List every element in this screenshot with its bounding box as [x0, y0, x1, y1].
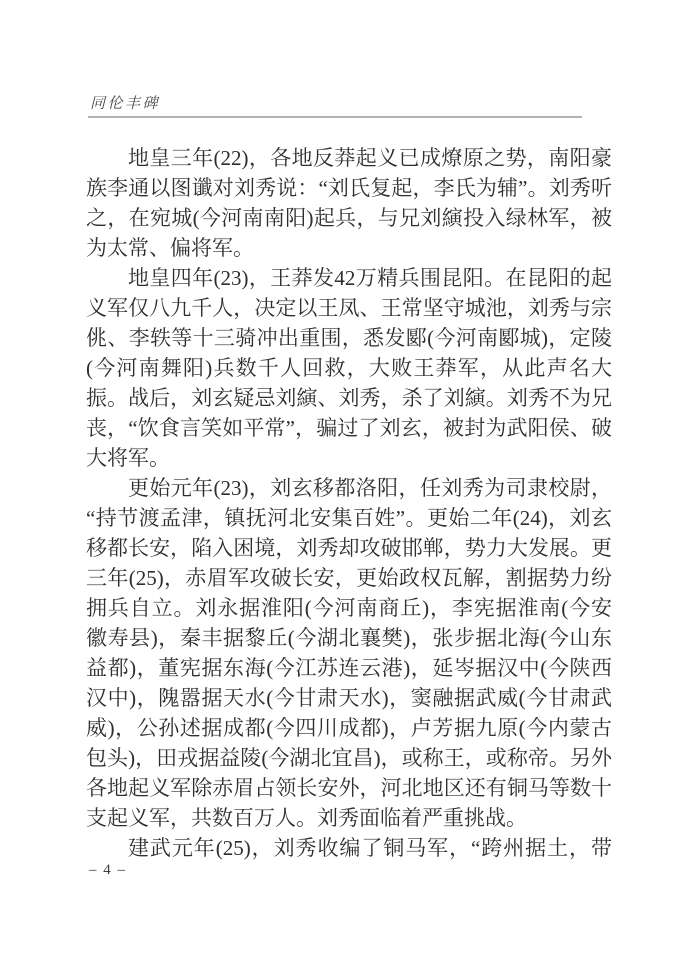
- text-line: 拥兵自立。刘永据淮阳(今河南商丘)，李宪据淮南(今安: [86, 593, 612, 623]
- text-line: 移都长安，陷入困境，刘秀却攻破邯郸，势力大发展。更始: [86, 533, 612, 563]
- header-rule: [88, 116, 582, 118]
- paragraph: 更始元年(23)，刘玄移都洛阳，任刘秀为司隶校尉， “持节渡孟津，镇抚河北安集百…: [86, 473, 612, 833]
- text-line: “持节渡孟津，镇抚河北安集百姓”。更始二年(24)，刘玄: [86, 503, 612, 533]
- text-line: 三年(25)，赤眉军攻破长安，更始政权瓦解，割据势力纷纷: [86, 563, 612, 593]
- running-head-title: 同伦丰碑: [90, 92, 160, 113]
- text-line: 地皇四年(23)，王莽发42万精兵围昆阳。在昆阳的起: [86, 263, 612, 293]
- text-line: 包头)，田戎据益陵(今湖北宜昌)，或称王，或称帝。另外: [86, 743, 612, 773]
- text-line: 族李通以图谶对刘秀说：“刘氏复起，李氏为辅”。刘秀听: [86, 173, 612, 203]
- text-line: 佻、李轶等十三骑冲出重围，悉发郾(今河南郾城)，定陵: [86, 323, 612, 353]
- text-line: 为太常、偏将军。: [86, 233, 612, 263]
- text-line: 益都)，董宪据东海(今江苏连云港)，延岑据汉中(今陕西: [86, 653, 612, 683]
- book-page: 同伦丰碑 地皇三年(22)，各地反莽起义已成燎原之势，南阳豪 族李通以图谶对刘秀…: [0, 0, 692, 968]
- text-line: 地皇三年(22)，各地反莽起义已成燎原之势，南阳豪: [86, 143, 612, 173]
- text-line: 建武元年(25)，刘秀收编了铜马军，“跨州据土，带甲: [86, 833, 612, 863]
- text-line: 之，在宛城(今河南南阳)起兵，与兄刘縯投入绿林军，被任: [86, 203, 612, 233]
- text-line: 义军仅八九千人，决定以王凤、王常坚守城池，刘秀与宗: [86, 293, 612, 323]
- text-line: 更始元年(23)，刘玄移都洛阳，任刘秀为司隶校尉，: [86, 473, 612, 503]
- page-number: – 4 –: [89, 862, 127, 879]
- text-line: 各地起义军除赤眉占领长安外，河北地区还有铜马等数十: [86, 773, 612, 803]
- text-line: 支起义军，共数百万人。刘秀面临着严重挑战。: [86, 803, 612, 833]
- text-line: 汉中)，隗嚣据天水(今甘肃天水)，窦融据武威(今甘肃武: [86, 683, 612, 713]
- text-line: 振。战后，刘玄疑忌刘縯、刘秀，杀了刘縯。刘秀不为兄发: [86, 383, 612, 413]
- paragraph: 地皇四年(23)，王莽发42万精兵围昆阳。在昆阳的起 义军仅八九千人，决定以王凤…: [86, 263, 612, 473]
- text-line: (今河南舞阳)兵数千人回救，大败王莽军，从此声名大: [86, 353, 612, 383]
- text-line: 威)，公孙述据成都(今四川成都)，卢芳据九原(今内蒙古: [86, 713, 612, 743]
- text-line: 大将军。: [86, 443, 612, 473]
- body-text: 地皇三年(22)，各地反莽起义已成燎原之势，南阳豪 族李通以图谶对刘秀说：“刘氏…: [86, 143, 612, 863]
- text-line: 丧，“饮食言笑如平常”，骗过了刘玄，被封为武阳侯、破虏: [86, 413, 612, 443]
- paragraph: 建武元年(25)，刘秀收编了铜马军，“跨州据土，带甲: [86, 833, 612, 863]
- text-line: 徽寿县)，秦丰据黎丘(今湖北襄樊)，张步据北海(今山东: [86, 623, 612, 653]
- paragraph: 地皇三年(22)，各地反莽起义已成燎原之势，南阳豪 族李通以图谶对刘秀说：“刘氏…: [86, 143, 612, 263]
